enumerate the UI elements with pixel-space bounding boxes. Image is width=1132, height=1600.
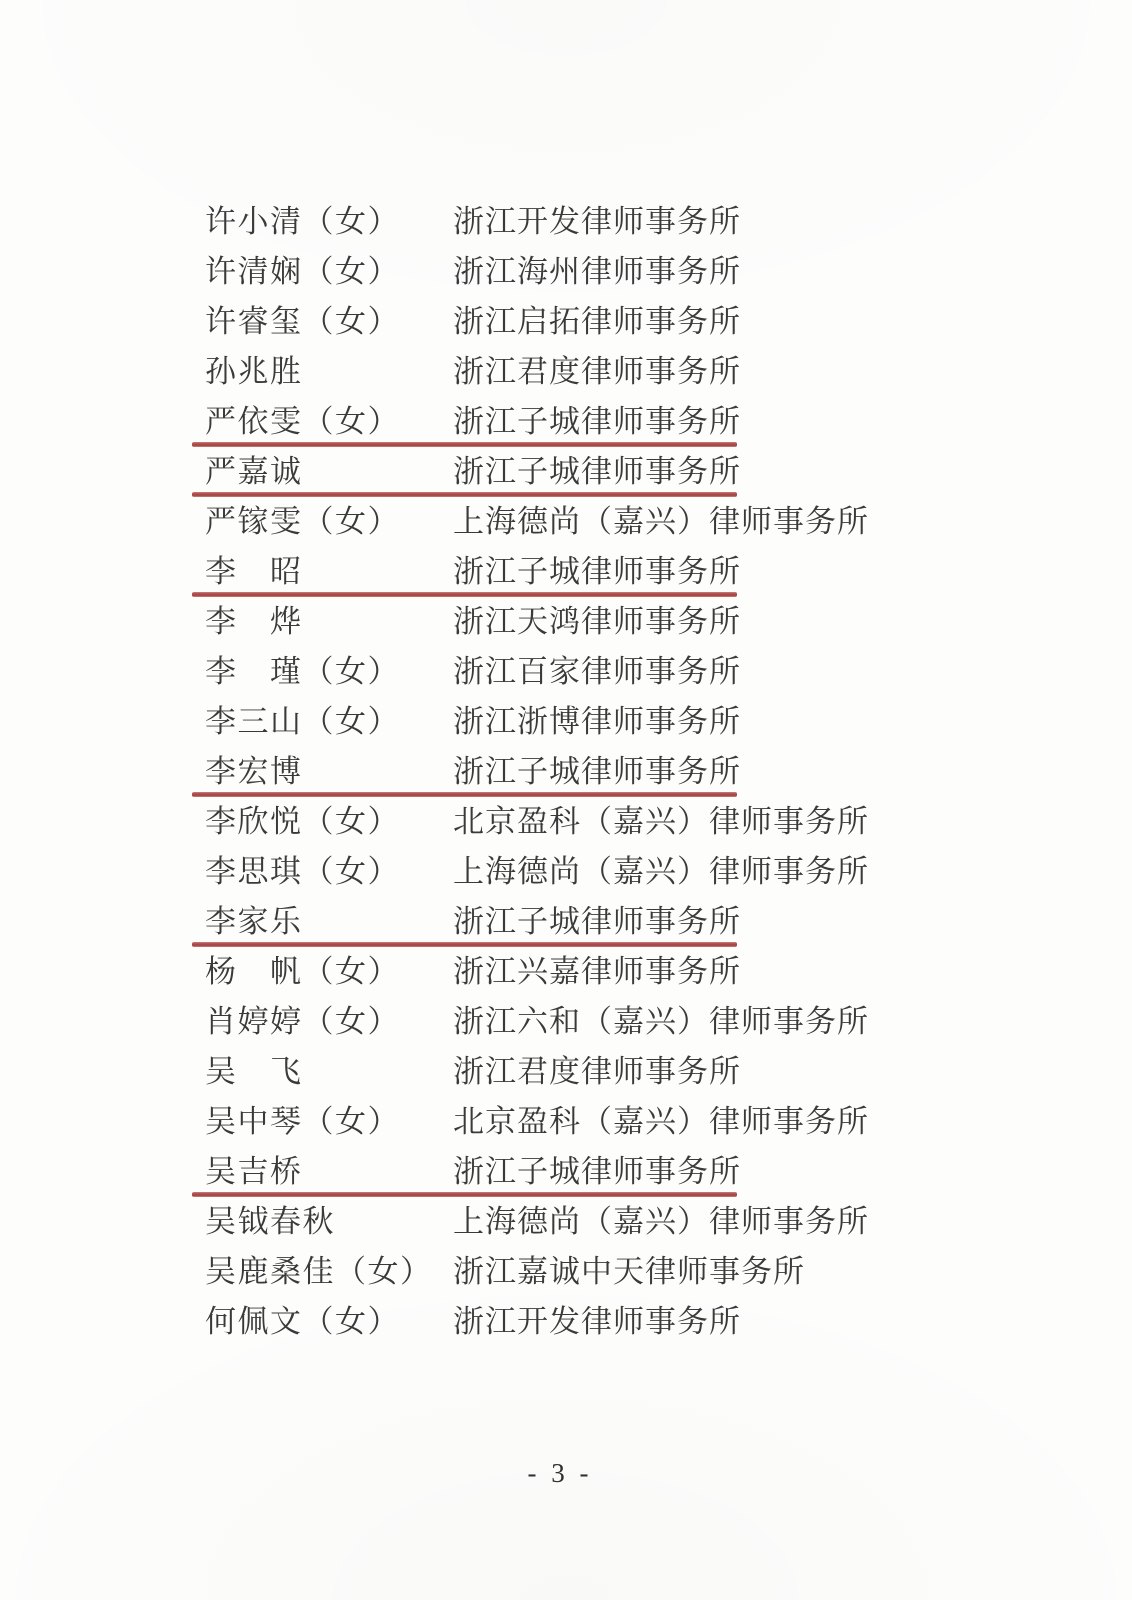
page-number: - 3 -: [0, 1458, 1120, 1489]
table-row: 许小清（女） 浙江开发律师事务所: [205, 197, 925, 247]
table-row: 吴鹿桑佳（女） 浙江嘉诚中天律师事务所: [205, 1247, 925, 1297]
lawyer-name: 肖婷婷（女）: [205, 997, 453, 1047]
firm-name: 浙江子城律师事务所: [453, 897, 741, 947]
firm-name: 浙江浙博律师事务所: [453, 697, 741, 747]
lawyer-name: 李 烨: [205, 597, 453, 647]
table-row: 李家乐 浙江子城律师事务所: [205, 897, 925, 947]
firm-name: 浙江子城律师事务所: [453, 447, 741, 497]
firm-name: 北京盈科（嘉兴）律师事务所: [453, 797, 869, 847]
table-row: 杨 帆（女） 浙江兴嘉律师事务所: [205, 947, 925, 997]
table-row: 严嘉诚 浙江子城律师事务所: [205, 447, 925, 497]
firm-name: 上海德尚（嘉兴）律师事务所: [453, 1197, 869, 1247]
table-row: 肖婷婷（女） 浙江六和（嘉兴）律师事务所: [205, 997, 925, 1047]
lawyer-name: 李欣悦（女）: [205, 797, 453, 847]
lawyer-name: 严嘉诚: [205, 447, 453, 497]
firm-name: 浙江开发律师事务所: [453, 1297, 741, 1347]
lawyer-name: 孙兆胜: [205, 347, 453, 397]
lawyer-name: 吴 飞: [205, 1047, 453, 1097]
table-row: 何佩文（女） 浙江开发律师事务所: [205, 1297, 925, 1347]
table-row: 吴吉桥 浙江子城律师事务所: [205, 1147, 925, 1197]
lawyer-name: 吴鹿桑佳（女）: [205, 1247, 453, 1297]
lawyer-name: 严镓雯（女）: [205, 497, 453, 547]
firm-name: 浙江百家律师事务所: [453, 647, 741, 697]
lawyer-name: 吴钺春秋: [205, 1197, 453, 1247]
lawyer-name: 吴中琴（女）: [205, 1097, 453, 1147]
table-row: 李 瑾（女） 浙江百家律师事务所: [205, 647, 925, 697]
lawyer-name: 李 瑾（女）: [205, 647, 453, 697]
firm-name: 浙江海州律师事务所: [453, 247, 741, 297]
firm-name: 浙江子城律师事务所: [453, 1147, 741, 1197]
firm-name: 北京盈科（嘉兴）律师事务所: [453, 1097, 869, 1147]
table-row: 李三山（女） 浙江浙博律师事务所: [205, 697, 925, 747]
table-row: 许清娴（女） 浙江海州律师事务所: [205, 247, 925, 297]
lawyer-name: 严依雯（女）: [205, 397, 453, 447]
firm-name: 浙江六和（嘉兴）律师事务所: [453, 997, 869, 1047]
table-row: 严镓雯（女） 上海德尚（嘉兴）律师事务所: [205, 497, 925, 547]
firm-name: 上海德尚（嘉兴）律师事务所: [453, 847, 869, 897]
table-row: 吴 飞 浙江君度律师事务所: [205, 1047, 925, 1097]
firm-name: 浙江子城律师事务所: [453, 397, 741, 447]
lawyer-name: 李宏博: [205, 747, 453, 797]
table-row: 李 昭 浙江子城律师事务所: [205, 547, 925, 597]
table-row: 李欣悦（女） 北京盈科（嘉兴）律师事务所: [205, 797, 925, 847]
lawyer-name: 杨 帆（女）: [205, 947, 453, 997]
firm-name: 浙江子城律师事务所: [453, 747, 741, 797]
table-row: 李思琪（女） 上海德尚（嘉兴）律师事务所: [205, 847, 925, 897]
firm-name: 浙江君度律师事务所: [453, 1047, 741, 1097]
lawyer-name: 吴吉桥: [205, 1147, 453, 1197]
lawyer-name: 李家乐: [205, 897, 453, 947]
firm-name: 浙江君度律师事务所: [453, 347, 741, 397]
lawyer-roster-list: 许小清（女） 浙江开发律师事务所 许清娴（女） 浙江海州律师事务所 许睿玺（女）…: [205, 197, 925, 1347]
table-row: 李宏博 浙江子城律师事务所: [205, 747, 925, 797]
firm-name: 浙江嘉诚中天律师事务所: [453, 1247, 805, 1297]
table-row: 孙兆胜 浙江君度律师事务所: [205, 347, 925, 397]
table-row: 李 烨 浙江天鸿律师事务所: [205, 597, 925, 647]
table-row: 吴中琴（女） 北京盈科（嘉兴）律师事务所: [205, 1097, 925, 1147]
firm-name: 浙江子城律师事务所: [453, 547, 741, 597]
firm-name: 浙江天鸿律师事务所: [453, 597, 741, 647]
firm-name: 浙江启拓律师事务所: [453, 297, 741, 347]
lawyer-name: 李三山（女）: [205, 697, 453, 747]
scanned-document-page: 许小清（女） 浙江开发律师事务所 许清娴（女） 浙江海州律师事务所 许睿玺（女）…: [0, 0, 1132, 1600]
lawyer-name: 李 昭: [205, 547, 453, 597]
lawyer-name: 许小清（女）: [205, 197, 453, 247]
table-row: 许睿玺（女） 浙江启拓律师事务所: [205, 297, 925, 347]
firm-name: 上海德尚（嘉兴）律师事务所: [453, 497, 869, 547]
firm-name: 浙江开发律师事务所: [453, 197, 741, 247]
lawyer-name: 许睿玺（女）: [205, 297, 453, 347]
table-row: 吴钺春秋 上海德尚（嘉兴）律师事务所: [205, 1197, 925, 1247]
table-row: 严依雯（女） 浙江子城律师事务所: [205, 397, 925, 447]
lawyer-name: 许清娴（女）: [205, 247, 453, 297]
firm-name: 浙江兴嘉律师事务所: [453, 947, 741, 997]
lawyer-name: 李思琪（女）: [205, 847, 453, 897]
lawyer-name: 何佩文（女）: [205, 1297, 453, 1347]
